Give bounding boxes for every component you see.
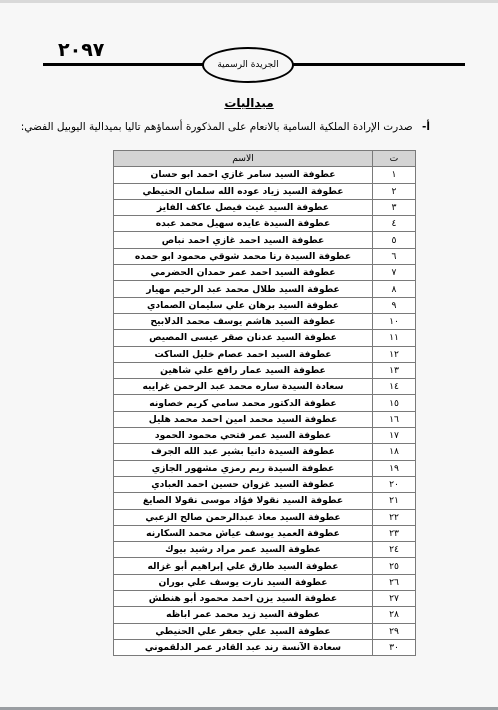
table-row: ١٩عطوفة السيدة ريم رمزي مشهور الجازي — [114, 460, 416, 476]
intro-text: صدرت الإرادة الملكية السامية بالانعام عل… — [21, 121, 413, 133]
row-number: ٢٥ — [373, 558, 416, 574]
row-number: ١٤ — [373, 379, 416, 395]
header-rule-left — [43, 63, 205, 66]
row-number: ٧ — [373, 265, 416, 281]
row-number: ١٩ — [373, 460, 416, 476]
row-name: سعادة الآنسة رند عبد القادر عمر الدلقمون… — [114, 639, 373, 655]
row-name: عطوفة السيد برهان علي سليمان الصمادي — [114, 297, 373, 313]
row-number: ١ — [373, 167, 416, 183]
row-number: ٢٠ — [373, 476, 416, 492]
row-name: عطوفة السيد طلال محمد عبد الرحيم مهيار — [114, 281, 373, 297]
table-row: ٢٨عطوفة السيد زيد محمد عمر اباظه — [114, 607, 416, 623]
row-name: عطوفة السيد عمر فتحي محمود الحمود — [114, 428, 373, 444]
row-number: ١٨ — [373, 444, 416, 460]
row-name: عطوفة السيد احمد عصام خليل الساكت — [114, 346, 373, 362]
table-row: ١١عطوفة السيد عدنان صقر عيسى المصيص — [114, 330, 416, 346]
table-row: ١٢عطوفة السيد احمد عصام خليل الساكت — [114, 346, 416, 362]
table-header-row: ت الاسم — [114, 151, 416, 167]
table-body: ١عطوفة السيد سامر غازي احمد ابو حسان٢عطو… — [114, 167, 416, 656]
row-name: عطوفة السيد معاذ عبدالرحمن صالح الزعبي — [114, 509, 373, 525]
row-name: عطوفة السيد نارت يوسف علي بوران — [114, 574, 373, 590]
row-name: عطوفة السيد زيد محمد عمر اباظه — [114, 607, 373, 623]
row-number: ٢٨ — [373, 607, 416, 623]
row-number: ٩ — [373, 297, 416, 313]
row-name: عطوفة السيد عمار رافع علي شاهين — [114, 362, 373, 378]
row-number: ٥ — [373, 232, 416, 248]
row-number: ٢٦ — [373, 574, 416, 590]
row-number: ٢٤ — [373, 542, 416, 558]
intro-paragraph: أ- صدرت الإرادة الملكية السامية بالانعام… — [21, 121, 430, 133]
row-number: ١٥ — [373, 395, 416, 411]
header-name: الاسم — [114, 151, 373, 167]
table-row: ٢٣عطوفة العميد يوسف عياش محمد السكارنه — [114, 525, 416, 541]
row-name: عطوفة السيد احمد عمر حمدان الحضرمي — [114, 265, 373, 281]
row-name: عطوفة السيدة عايده سهيل محمد عبده — [114, 216, 373, 232]
row-name: عطوفة السيدة رنا محمد شوقي محمود ابو حمد… — [114, 248, 373, 264]
table-row: ١عطوفة السيد سامر غازي احمد ابو حسان — [114, 167, 416, 183]
page-number: ٢٠٩٧ — [58, 39, 104, 61]
document-page: ٢٠٩٧ الجريدة الرسمية ميداليات أ- صدرت ال… — [0, 3, 498, 707]
row-number: ١٦ — [373, 411, 416, 427]
row-name: عطوفة السيد سامر غازي احمد ابو حسان — [114, 167, 373, 183]
table-row: ٢٩عطوفة السيد علي جعفر علي الحنيطي — [114, 623, 416, 639]
table-row: ١٣عطوفة السيد عمار رافع علي شاهين — [114, 362, 416, 378]
table-row: ٦عطوفة السيدة رنا محمد شوقي محمود ابو حم… — [114, 248, 416, 264]
section-title: ميداليات — [0, 96, 498, 110]
row-name: عطوفة السيد زياد عوده الله سلمان الحنيطي — [114, 183, 373, 199]
row-name: عطوفة السيد يزن احمد محمود أبو هنطش — [114, 591, 373, 607]
gazette-name: الجريدة الرسمية — [217, 60, 278, 70]
row-name: عطوفة السيد عدنان صقر عيسى المصيص — [114, 330, 373, 346]
header-number: ت — [373, 151, 416, 167]
table-row: ٢٢عطوفة السيد معاذ عبدالرحمن صالح الزعبي — [114, 509, 416, 525]
row-name: عطوفة السيدة دانيا بشير عبد الله الجرف — [114, 444, 373, 460]
row-number: ٢٧ — [373, 591, 416, 607]
row-name: عطوفة السيد طارق علي إبراهيم أبو غزاله — [114, 558, 373, 574]
row-number: ٨ — [373, 281, 416, 297]
row-number: ٢٢ — [373, 509, 416, 525]
medal-recipients-table: ت الاسم ١عطوفة السيد سامر غازي احمد ابو … — [113, 150, 416, 656]
table-row: ٤عطوفة السيدة عايده سهيل محمد عبده — [114, 216, 416, 232]
table-row: ٥عطوفة السيد احمد غازي احمد نباص — [114, 232, 416, 248]
row-name: عطوفة السيد عمر مراد رشيد بيوك — [114, 542, 373, 558]
table-row: ١٠عطوفة السيد هاشم يوسف محمد الدلابيح — [114, 313, 416, 329]
row-number: ١٠ — [373, 313, 416, 329]
table-row: ٨عطوفة السيد طلال محمد عبد الرحيم مهيار — [114, 281, 416, 297]
table-row: ٩عطوفة السيد برهان علي سليمان الصمادي — [114, 297, 416, 313]
table-row: ٢٤عطوفة السيد عمر مراد رشيد بيوك — [114, 542, 416, 558]
row-name: عطوفة السيد احمد غازي احمد نباص — [114, 232, 373, 248]
row-number: ٤ — [373, 216, 416, 232]
table-row: ٢٥عطوفة السيد طارق علي إبراهيم أبو غزاله — [114, 558, 416, 574]
table-row: ٣٠سعادة الآنسة رند عبد القادر عمر الدلقم… — [114, 639, 416, 655]
row-name: عطوفة السيد نقولا فؤاد موسى نقولا الصايغ — [114, 493, 373, 509]
table-row: ١٨عطوفة السيدة دانيا بشير عبد الله الجرف — [114, 444, 416, 460]
table-row: ٢عطوفة السيد زياد عوده الله سلمان الحنيط… — [114, 183, 416, 199]
row-number: ١٢ — [373, 346, 416, 362]
row-name: عطوفة السيد غيث فيصل عاكف الفايز — [114, 199, 373, 215]
row-name: سعادة السيدة ساره محمد عبد الرحمن غرايبه — [114, 379, 373, 395]
row-name: عطوفة السيد هاشم يوسف محمد الدلابيح — [114, 313, 373, 329]
row-number: ٣ — [373, 199, 416, 215]
row-name: عطوفة السيد محمد امين احمد محمد هليل — [114, 411, 373, 427]
row-name: عطوفة السيد علي جعفر علي الحنيطي — [114, 623, 373, 639]
table-row: ١٤سعادة السيدة ساره محمد عبد الرحمن غراي… — [114, 379, 416, 395]
table-row: ٣عطوفة السيد غيث فيصل عاكف الفايز — [114, 199, 416, 215]
table-row: ٢١عطوفة السيد نقولا فؤاد موسى نقولا الصا… — [114, 493, 416, 509]
table-row: ١٧عطوفة السيد عمر فتحي محمود الحمود — [114, 428, 416, 444]
row-name: عطوفة العميد يوسف عياش محمد السكارنه — [114, 525, 373, 541]
header-rule-right — [292, 63, 465, 66]
row-number: ١٧ — [373, 428, 416, 444]
table-row: ١٦عطوفة السيد محمد امين احمد محمد هليل — [114, 411, 416, 427]
row-number: ٢١ — [373, 493, 416, 509]
row-number: ٦ — [373, 248, 416, 264]
gazette-name-oval: الجريدة الرسمية — [202, 47, 294, 83]
row-number: ٣٠ — [373, 639, 416, 655]
table-row: ٧عطوفة السيد احمد عمر حمدان الحضرمي — [114, 265, 416, 281]
row-name: عطوفة الدكتور محمد سامي كريم خصاونه — [114, 395, 373, 411]
row-name: عطوفة السيد غزوان حسين احمد العبادي — [114, 476, 373, 492]
row-number: ٢ — [373, 183, 416, 199]
intro-marker: أ- — [422, 121, 430, 133]
row-number: ١١ — [373, 330, 416, 346]
row-number: ١٣ — [373, 362, 416, 378]
table-row: ٢٦عطوفة السيد نارت يوسف علي بوران — [114, 574, 416, 590]
table-row: ١٥عطوفة الدكتور محمد سامي كريم خصاونه — [114, 395, 416, 411]
table-row: ٢٧عطوفة السيد يزن احمد محمود أبو هنطش — [114, 591, 416, 607]
row-name: عطوفة السيدة ريم رمزي مشهور الجازي — [114, 460, 373, 476]
row-number: ٢٩ — [373, 623, 416, 639]
table-row: ٢٠عطوفة السيد غزوان حسين احمد العبادي — [114, 476, 416, 492]
row-number: ٢٣ — [373, 525, 416, 541]
